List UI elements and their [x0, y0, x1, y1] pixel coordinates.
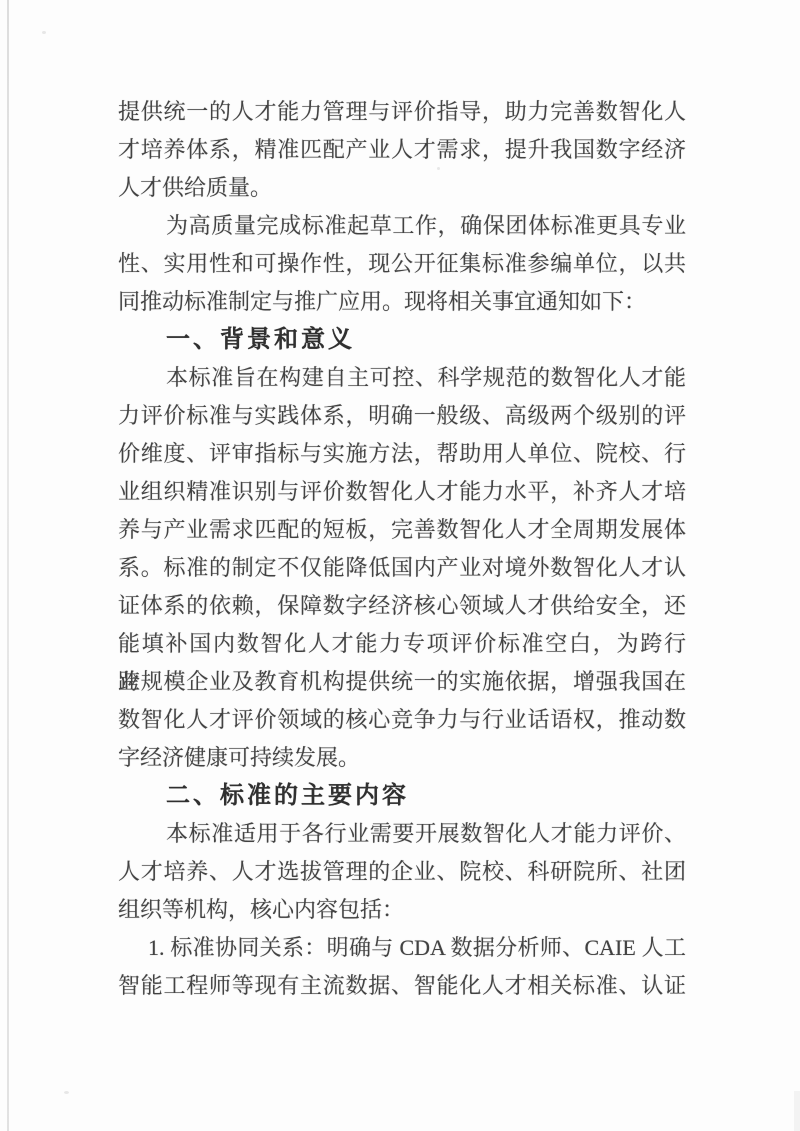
text-line: 业组织精准识别与评价数智化人才能力水平，补齐人才培 [118, 473, 686, 511]
text-line: 提供统一的人才能力管理与评价指导，助力完善数智化人 [118, 93, 686, 131]
text-line: 人才供给质量。 [118, 169, 686, 207]
text-line: 组织等机构，核心内容包括： [118, 891, 686, 929]
text-line: 能填补国内数智化人才能力专项评价标准空白，为跨行业、 [118, 625, 686, 663]
text-line: 证体系的依赖，保障数字经济核心领域人才供给安全，还 [118, 587, 686, 625]
text-line: 同推动标准制定与推广应用。现将相关事宜通知如下： [118, 283, 686, 321]
text-line: 力评价标准与实践体系，明确一般级、高级两个级别的评 [118, 397, 686, 435]
text-line: 智能工程师等现有主流数据、智能化人才相关标准、认证 [118, 967, 686, 1005]
text-line: 系。标准的制定不仅能降低国内产业对境外数智化人才认 [118, 549, 686, 587]
text-line: 为高质量完成标准起草工作，确保团体标准更具专业 [118, 207, 686, 245]
text-line: 本标准适用于各行业需要开展数智化人才能力评价、 [118, 815, 686, 853]
document-body: 提供统一的人才能力管理与评价指导，助力完善数智化人 才培养体系，精准匹配产业人才… [118, 93, 686, 1005]
text-line: 1. 标准协同关系：明确与 CDA 数据分析师、CAIE 人工 [118, 929, 686, 967]
scan-edge-artifact [7, 0, 9, 1131]
text-line: 养与产业需求匹配的短板，完善数智化人才全周期发展体 [118, 511, 686, 549]
text-line: 本标准旨在构建自主可控、科学规范的数智化人才能 [118, 359, 686, 397]
text-line: 人才培养、人才选拔管理的企业、院校、科研院所、社团 [118, 853, 686, 891]
text-line: 字经济健康可持续发展。 [118, 739, 686, 777]
section-1-heading: 一、背景和意义 [118, 321, 686, 359]
text-line: 才培养体系，精准匹配产业人才需求，提升我国数字经济 [118, 131, 686, 169]
text-line: 跨规模企业及教育机构提供统一的实施依据，增强我国在 [118, 663, 686, 701]
scan-speck [64, 1091, 69, 1094]
text-line: 数智化人才评价领域的核心竞争力与行业话语权，推动数 [118, 701, 686, 739]
scanned-document-page: 提供统一的人才能力管理与评价指导，助力完善数智化人 才培养体系，精准匹配产业人才… [0, 0, 800, 1131]
text-line: 性、实用性和可操作性，现公开征集标准参编单位，以共 [118, 245, 686, 283]
scan-speck [42, 31, 46, 34]
section-2-heading: 二、标准的主要内容 [118, 777, 686, 815]
text-line: 价维度、评审指标与实施方法，帮助用人单位、院校、行 [118, 435, 686, 473]
scan-shade-artifact [794, 1091, 800, 1131]
